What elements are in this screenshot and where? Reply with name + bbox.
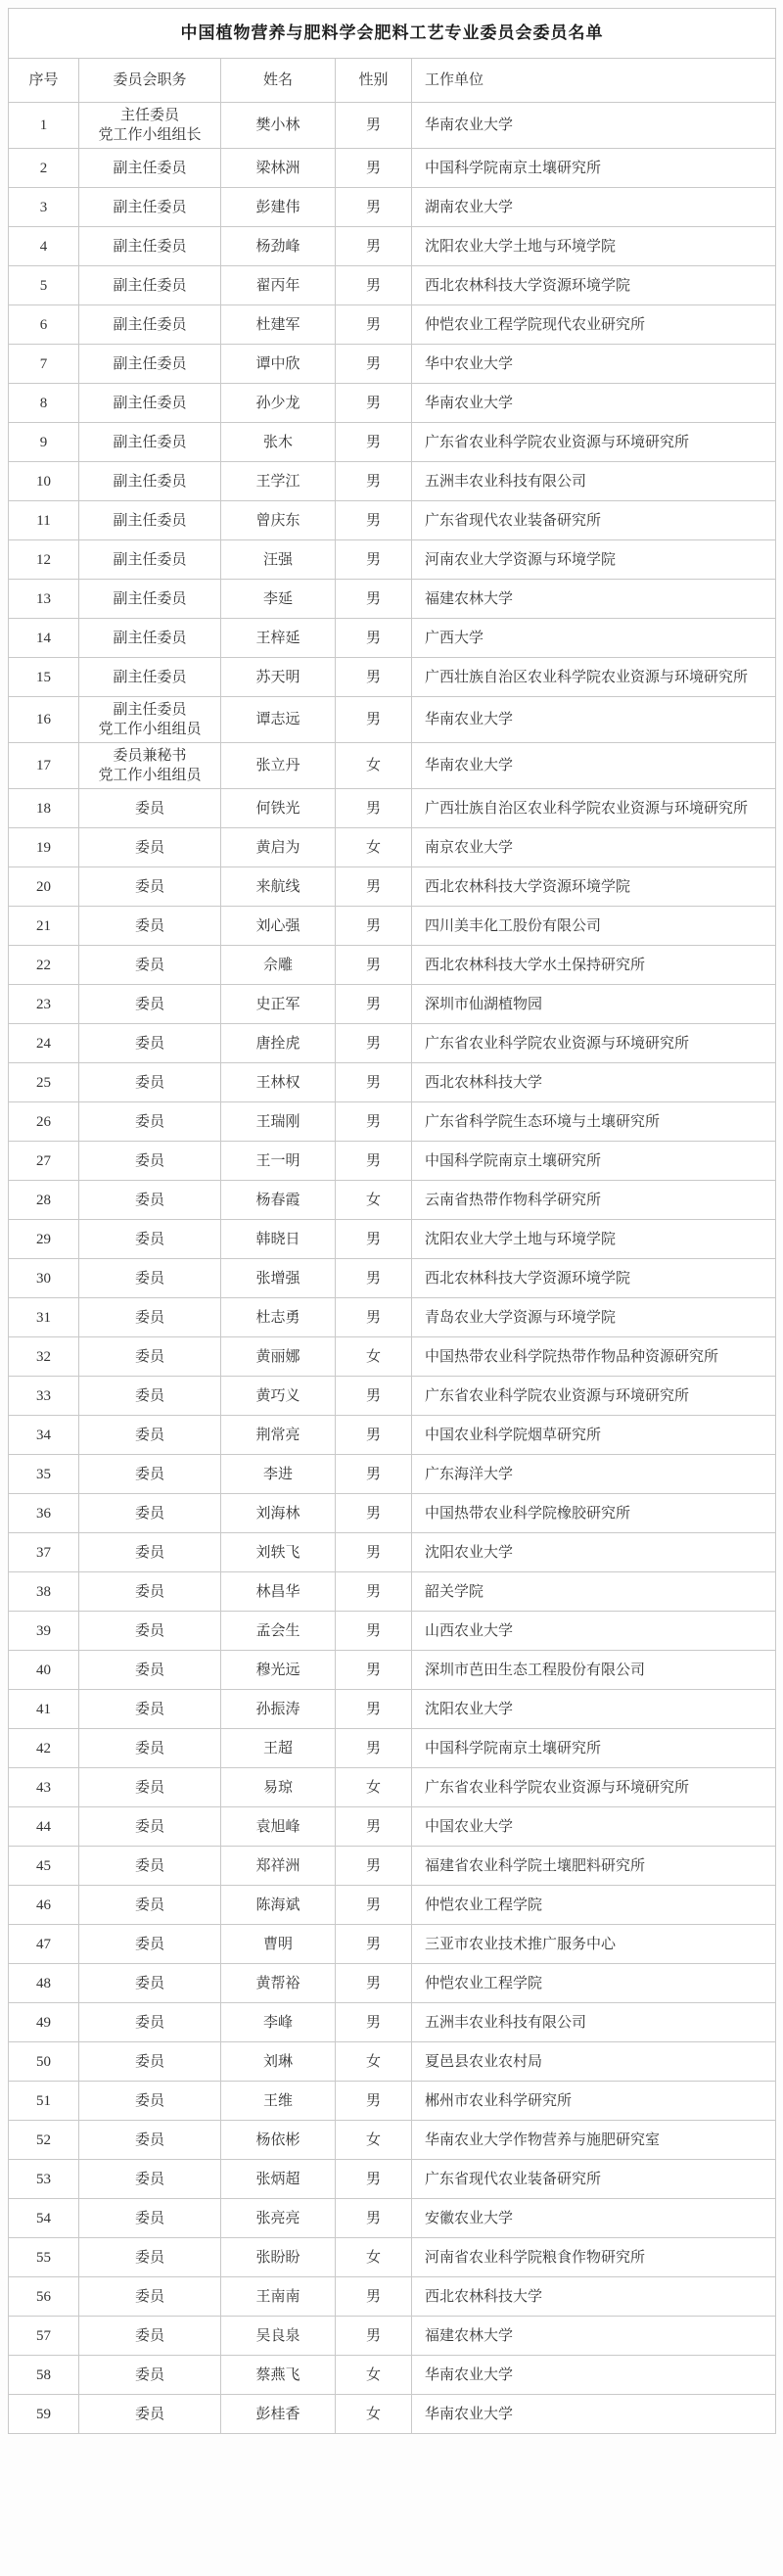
cell-no: 25 (9, 1063, 79, 1102)
table-row: 50 委员 刘琳 女 夏邑县农业农村局 (9, 2042, 776, 2082)
cell-position: 副主任委员 (79, 619, 221, 658)
col-header-unit: 工作单位 (412, 59, 776, 103)
cell-gender: 男 (336, 188, 412, 227)
cell-name: 樊小林 (221, 103, 336, 149)
cell-position: 委员 (79, 1690, 221, 1729)
cell-no: 36 (9, 1494, 79, 1533)
cell-position: 委员 (79, 2042, 221, 2082)
cell-name: 来航线 (221, 867, 336, 907)
cell-position: 委员 (79, 1847, 221, 1886)
cell-position: 委员 (79, 2277, 221, 2317)
cell-name: 王学江 (221, 462, 336, 501)
cell-name: 黄巧义 (221, 1377, 336, 1416)
cell-unit: 南京农业大学 (412, 828, 776, 867)
cell-unit: 广东省农业科学院农业资源与环境研究所 (412, 1768, 776, 1807)
cell-position: 委员 (79, 1886, 221, 1925)
cell-no: 37 (9, 1533, 79, 1572)
cell-no: 11 (9, 501, 79, 540)
cell-no: 15 (9, 658, 79, 697)
cell-position: 副主任委员 (79, 423, 221, 462)
cell-unit: 广东省农业科学院农业资源与环境研究所 (412, 1377, 776, 1416)
cell-position: 副主任委员 (79, 149, 221, 188)
cell-gender: 男 (336, 1298, 412, 1337)
table-row: 55 委员 张盼盼 女 河南省农业科学院粮食作物研究所 (9, 2238, 776, 2277)
table-row: 13 副主任委员 李延 男 福建农林大学 (9, 580, 776, 619)
cell-name: 孙振涛 (221, 1690, 336, 1729)
cell-gender: 男 (336, 2277, 412, 2317)
cell-no: 5 (9, 266, 79, 305)
cell-name: 黄启为 (221, 828, 336, 867)
cell-unit: 中国农业大学 (412, 1807, 776, 1847)
cell-name: 王一明 (221, 1142, 336, 1181)
cell-position: 副主任委员 (79, 540, 221, 580)
cell-name: 唐拴虎 (221, 1024, 336, 1063)
table-row: 33 委员 黄巧义 男 广东省农业科学院农业资源与环境研究所 (9, 1377, 776, 1416)
table-row: 26 委员 王瑞刚 男 广东省科学院生态环境与土壤研究所 (9, 1102, 776, 1142)
table-row: 25 委员 王林权 男 西北农林科技大学 (9, 1063, 776, 1102)
cell-name: 苏天明 (221, 658, 336, 697)
col-header-no: 序号 (9, 59, 79, 103)
cell-gender: 男 (336, 697, 412, 743)
table-row: 43 委员 易琼 女 广东省农业科学院农业资源与环境研究所 (9, 1768, 776, 1807)
cell-name: 张盼盼 (221, 2238, 336, 2277)
cell-unit: 广西大学 (412, 619, 776, 658)
cell-unit: 中国科学院南京土壤研究所 (412, 1142, 776, 1181)
cell-name: 李延 (221, 580, 336, 619)
cell-position: 委员 (79, 1259, 221, 1298)
cell-name: 孟会生 (221, 1612, 336, 1651)
cell-position: 委员 (79, 1142, 221, 1181)
col-header-gender: 性别 (336, 59, 412, 103)
cell-no: 52 (9, 2121, 79, 2160)
cell-gender: 男 (336, 2082, 412, 2121)
members-table: 中国植物营养与肥料学会肥料工艺专业委员会委员名单 序号 委员会职务 姓名 性别 … (8, 8, 776, 2434)
cell-unit: 中国热带农业科学院橡胶研究所 (412, 1494, 776, 1533)
table-row: 22 委员 佘雕 男 西北农林科技大学水土保持研究所 (9, 946, 776, 985)
cell-no: 14 (9, 619, 79, 658)
cell-unit: 广东省农业科学院农业资源与环境研究所 (412, 1024, 776, 1063)
cell-name: 佘雕 (221, 946, 336, 985)
table-row: 48 委员 黄帮裕 男 仲恺农业工程学院 (9, 1964, 776, 2003)
cell-no: 41 (9, 1690, 79, 1729)
cell-unit: 华南农业大学 (412, 697, 776, 743)
cell-gender: 女 (336, 1181, 412, 1220)
cell-name: 张炳超 (221, 2160, 336, 2199)
table-row: 42 委员 王超 男 中国科学院南京土壤研究所 (9, 1729, 776, 1768)
cell-name: 曹明 (221, 1925, 336, 1964)
cell-gender: 男 (336, 946, 412, 985)
cell-name: 张立丹 (221, 743, 336, 789)
table-row: 9 副主任委员 张木 男 广东省农业科学院农业资源与环境研究所 (9, 423, 776, 462)
table-row: 31 委员 杜志勇 男 青岛农业大学资源与环境学院 (9, 1298, 776, 1337)
cell-unit: 华南农业大学 (412, 2356, 776, 2395)
cell-unit: 中国科学院南京土壤研究所 (412, 1729, 776, 1768)
cell-name: 黄丽娜 (221, 1337, 336, 1377)
cell-name: 史正军 (221, 985, 336, 1024)
table-row: 19 委员 黄启为 女 南京农业大学 (9, 828, 776, 867)
cell-position: 副主任委员 (79, 658, 221, 697)
cell-position: 委员 (79, 1807, 221, 1847)
cell-position: 主任委员 党工作小组组长 (79, 103, 221, 149)
cell-no: 42 (9, 1729, 79, 1768)
table-row: 12 副主任委员 汪强 男 河南农业大学资源与环境学院 (9, 540, 776, 580)
cell-unit: 沈阳农业大学土地与环境学院 (412, 227, 776, 266)
cell-unit: 广东省农业科学院农业资源与环境研究所 (412, 423, 776, 462)
cell-no: 35 (9, 1455, 79, 1494)
cell-unit: 沈阳农业大学 (412, 1533, 776, 1572)
cell-no: 13 (9, 580, 79, 619)
cell-gender: 男 (336, 1533, 412, 1572)
cell-position: 委员 (79, 1298, 221, 1337)
cell-position: 委员 (79, 1964, 221, 2003)
cell-unit: 安徽农业大学 (412, 2199, 776, 2238)
cell-name: 王维 (221, 2082, 336, 2121)
cell-position: 委员 (79, 1572, 221, 1612)
cell-name: 刘轶飞 (221, 1533, 336, 1572)
cell-gender: 女 (336, 2121, 412, 2160)
cell-gender: 男 (336, 1377, 412, 1416)
table-row: 41 委员 孙振涛 男 沈阳农业大学 (9, 1690, 776, 1729)
cell-no: 17 (9, 743, 79, 789)
cell-unit: 广东省现代农业装备研究所 (412, 501, 776, 540)
table-row: 52 委员 杨依彬 女 华南农业大学作物营养与施肥研究室 (9, 2121, 776, 2160)
cell-name: 李峰 (221, 2003, 336, 2042)
cell-name: 谭志远 (221, 697, 336, 743)
cell-gender: 女 (336, 1768, 412, 1807)
cell-unit: 郴州市农业科学研究所 (412, 2082, 776, 2121)
cell-gender: 男 (336, 580, 412, 619)
cell-unit: 西北农林科技大学 (412, 2277, 776, 2317)
cell-position: 委员 (79, 1063, 221, 1102)
cell-no: 34 (9, 1416, 79, 1455)
table-row: 14 副主任委员 王梓延 男 广西大学 (9, 619, 776, 658)
cell-gender: 男 (336, 1572, 412, 1612)
cell-position: 委员 (79, 2082, 221, 2121)
cell-no: 38 (9, 1572, 79, 1612)
cell-name: 杨依彬 (221, 2121, 336, 2160)
cell-name: 曾庆东 (221, 501, 336, 540)
cell-position: 委员 (79, 1416, 221, 1455)
cell-unit: 中国农业科学院烟草研究所 (412, 1416, 776, 1455)
cell-gender: 男 (336, 1455, 412, 1494)
cell-position: 委员 (79, 867, 221, 907)
cell-gender: 女 (336, 828, 412, 867)
cell-no: 48 (9, 1964, 79, 2003)
table-row: 1 主任委员 党工作小组组长 樊小林 男 华南农业大学 (9, 103, 776, 149)
cell-no: 39 (9, 1612, 79, 1651)
cell-position: 副主任委员 (79, 345, 221, 384)
cell-name: 袁旭峰 (221, 1807, 336, 1847)
table-row: 34 委员 荆常亮 男 中国农业科学院烟草研究所 (9, 1416, 776, 1455)
cell-position: 委员 (79, 985, 221, 1024)
cell-name: 郑祥洲 (221, 1847, 336, 1886)
table-row: 6 副主任委员 杜建军 男 仲恺农业工程学院现代农业研究所 (9, 305, 776, 345)
cell-no: 43 (9, 1768, 79, 1807)
cell-no: 40 (9, 1651, 79, 1690)
cell-unit: 西北农林科技大学资源环境学院 (412, 1259, 776, 1298)
cell-name: 汪强 (221, 540, 336, 580)
cell-name: 杜建军 (221, 305, 336, 345)
table-row: 45 委员 郑祥洲 男 福建省农业科学院土壤肥料研究所 (9, 1847, 776, 1886)
cell-unit: 中国热带农业科学院热带作物品种资源研究所 (412, 1337, 776, 1377)
table-row: 57 委员 吴良泉 男 福建农林大学 (9, 2317, 776, 2356)
cell-gender: 男 (336, 266, 412, 305)
table-row: 8 副主任委员 孙少龙 男 华南农业大学 (9, 384, 776, 423)
cell-unit: 福建农林大学 (412, 2317, 776, 2356)
cell-position: 委员 (79, 1612, 221, 1651)
cell-no: 1 (9, 103, 79, 149)
cell-no: 33 (9, 1377, 79, 1416)
cell-no: 56 (9, 2277, 79, 2317)
cell-gender: 男 (336, 305, 412, 345)
cell-position: 委员 (79, 2395, 221, 2434)
cell-name: 杜志勇 (221, 1298, 336, 1337)
cell-no: 23 (9, 985, 79, 1024)
cell-name: 荆常亮 (221, 1416, 336, 1455)
cell-unit: 沈阳农业大学土地与环境学院 (412, 1220, 776, 1259)
cell-gender: 男 (336, 345, 412, 384)
cell-no: 9 (9, 423, 79, 462)
cell-position: 副主任委员 (79, 501, 221, 540)
cell-no: 4 (9, 227, 79, 266)
cell-no: 31 (9, 1298, 79, 1337)
table-row: 56 委员 王南南 男 西北农林科技大学 (9, 2277, 776, 2317)
cell-gender: 男 (336, 501, 412, 540)
cell-no: 58 (9, 2356, 79, 2395)
page: 中国植物营养与肥料学会肥料工艺专业委员会委员名单 序号 委员会职务 姓名 性别 … (0, 0, 783, 2442)
cell-no: 32 (9, 1337, 79, 1377)
cell-position: 委员 (79, 1102, 221, 1142)
cell-no: 18 (9, 789, 79, 828)
cell-no: 3 (9, 188, 79, 227)
cell-gender: 男 (336, 619, 412, 658)
cell-position: 委员 (79, 2160, 221, 2199)
cell-gender: 男 (336, 227, 412, 266)
cell-unit: 西北农林科技大学资源环境学院 (412, 867, 776, 907)
cell-gender: 男 (336, 462, 412, 501)
cell-gender: 男 (336, 867, 412, 907)
cell-gender: 男 (336, 2199, 412, 2238)
cell-gender: 男 (336, 1612, 412, 1651)
cell-position: 委员 (79, 1651, 221, 1690)
cell-unit: 仲恺农业工程学院 (412, 1964, 776, 2003)
table-row: 17 委员兼秘书 党工作小组组员 张立丹 女 华南农业大学 (9, 743, 776, 789)
cell-unit: 五洲丰农业科技有限公司 (412, 2003, 776, 2042)
col-header-position: 委员会职务 (79, 59, 221, 103)
cell-no: 45 (9, 1847, 79, 1886)
cell-no: 20 (9, 867, 79, 907)
table-row: 51 委员 王维 男 郴州市农业科学研究所 (9, 2082, 776, 2121)
cell-position: 副主任委员 (79, 580, 221, 619)
cell-no: 59 (9, 2395, 79, 2434)
cell-unit: 深圳市芭田生态工程股份有限公司 (412, 1651, 776, 1690)
cell-gender: 男 (336, 103, 412, 149)
cell-gender: 男 (336, 1024, 412, 1063)
title-row: 中国植物营养与肥料学会肥料工艺专业委员会委员名单 (9, 9, 776, 59)
cell-name: 翟丙年 (221, 266, 336, 305)
cell-no: 12 (9, 540, 79, 580)
cell-unit: 西北农林科技大学水土保持研究所 (412, 946, 776, 985)
cell-gender: 男 (336, 1690, 412, 1729)
cell-unit: 河南农业大学资源与环境学院 (412, 540, 776, 580)
table-row: 49 委员 李峰 男 五洲丰农业科技有限公司 (9, 2003, 776, 2042)
table-row: 38 委员 林昌华 男 韶关学院 (9, 1572, 776, 1612)
cell-position: 委员 (79, 1024, 221, 1063)
cell-unit: 华南农业大学 (412, 103, 776, 149)
cell-name: 刘海林 (221, 1494, 336, 1533)
cell-unit: 深圳市仙湖植物园 (412, 985, 776, 1024)
cell-position: 委员 (79, 2003, 221, 2042)
cell-name: 王林权 (221, 1063, 336, 1102)
table-row: 37 委员 刘轶飞 男 沈阳农业大学 (9, 1533, 776, 1572)
cell-position: 委员 (79, 1729, 221, 1768)
cell-no: 44 (9, 1807, 79, 1847)
cell-position: 副主任委员 (79, 188, 221, 227)
cell-unit: 韶关学院 (412, 1572, 776, 1612)
cell-gender: 男 (336, 1063, 412, 1102)
page-title: 中国植物营养与肥料学会肥料工艺专业委员会委员名单 (9, 9, 776, 59)
cell-unit: 云南省热带作物科学研究所 (412, 1181, 776, 1220)
cell-gender: 男 (336, 1729, 412, 1768)
cell-name: 谭中欣 (221, 345, 336, 384)
cell-position: 委员 (79, 1768, 221, 1807)
table-row: 36 委员 刘海林 男 中国热带农业科学院橡胶研究所 (9, 1494, 776, 1533)
table-row: 4 副主任委员 杨劲峰 男 沈阳农业大学土地与环境学院 (9, 227, 776, 266)
cell-unit: 青岛农业大学资源与环境学院 (412, 1298, 776, 1337)
cell-no: 53 (9, 2160, 79, 2199)
cell-name: 彭桂香 (221, 2395, 336, 2434)
cell-no: 19 (9, 828, 79, 867)
cell-name: 张亮亮 (221, 2199, 336, 2238)
cell-gender: 男 (336, 907, 412, 946)
cell-unit: 五洲丰农业科技有限公司 (412, 462, 776, 501)
cell-name: 张木 (221, 423, 336, 462)
cell-gender: 女 (336, 2395, 412, 2434)
cell-unit: 湖南农业大学 (412, 188, 776, 227)
table-row: 47 委员 曹明 男 三亚市农业技术推广服务中心 (9, 1925, 776, 1964)
cell-no: 6 (9, 305, 79, 345)
cell-position: 委员兼秘书 党工作小组组员 (79, 743, 221, 789)
cell-gender: 男 (336, 384, 412, 423)
table-row: 53 委员 张炳超 男 广东省现代农业装备研究所 (9, 2160, 776, 2199)
table-row: 7 副主任委员 谭中欣 男 华中农业大学 (9, 345, 776, 384)
cell-position: 副主任委员 (79, 462, 221, 501)
cell-gender: 女 (336, 2238, 412, 2277)
cell-unit: 河南省农业科学院粮食作物研究所 (412, 2238, 776, 2277)
cell-gender: 男 (336, 1494, 412, 1533)
cell-no: 30 (9, 1259, 79, 1298)
cell-name: 林昌华 (221, 1572, 336, 1612)
table-row: 16 副主任委员 党工作小组组员 谭志远 男 华南农业大学 (9, 697, 776, 743)
cell-unit: 华南农业大学 (412, 384, 776, 423)
cell-position: 副主任委员 (79, 384, 221, 423)
table-row: 10 副主任委员 王学江 男 五洲丰农业科技有限公司 (9, 462, 776, 501)
cell-position: 委员 (79, 1377, 221, 1416)
cell-no: 51 (9, 2082, 79, 2121)
cell-gender: 女 (336, 743, 412, 789)
cell-name: 张增强 (221, 1259, 336, 1298)
col-header-name: 姓名 (221, 59, 336, 103)
cell-unit: 福建省农业科学院土壤肥料研究所 (412, 1847, 776, 1886)
cell-unit: 中国科学院南京土壤研究所 (412, 149, 776, 188)
cell-name: 杨劲峰 (221, 227, 336, 266)
cell-position: 委员 (79, 1494, 221, 1533)
table-row: 20 委员 来航线 男 西北农林科技大学资源环境学院 (9, 867, 776, 907)
cell-name: 黄帮裕 (221, 1964, 336, 2003)
cell-position: 委员 (79, 1455, 221, 1494)
cell-name: 刘心强 (221, 907, 336, 946)
cell-position: 副主任委员 (79, 266, 221, 305)
cell-unit: 仲恺农业工程学院 (412, 1886, 776, 1925)
cell-unit: 福建农林大学 (412, 580, 776, 619)
cell-unit: 沈阳农业大学 (412, 1690, 776, 1729)
cell-no: 7 (9, 345, 79, 384)
cell-no: 28 (9, 1181, 79, 1220)
table-row: 58 委员 蔡燕飞 女 华南农业大学 (9, 2356, 776, 2395)
cell-gender: 男 (336, 1925, 412, 1964)
cell-gender: 男 (336, 540, 412, 580)
cell-no: 54 (9, 2199, 79, 2238)
table-row: 46 委员 陈海斌 男 仲恺农业工程学院 (9, 1886, 776, 1925)
table-row: 15 副主任委员 苏天明 男 广西壮族自治区农业科学院农业资源与环境研究所 (9, 658, 776, 697)
cell-no: 10 (9, 462, 79, 501)
cell-gender: 男 (336, 1964, 412, 2003)
cell-position: 副主任委员 (79, 305, 221, 345)
cell-unit: 广西壮族自治区农业科学院农业资源与环境研究所 (412, 658, 776, 697)
cell-position: 委员 (79, 1220, 221, 1259)
cell-no: 27 (9, 1142, 79, 1181)
cell-gender: 女 (336, 1337, 412, 1377)
cell-gender: 男 (336, 1102, 412, 1142)
cell-position: 副主任委员 党工作小组组员 (79, 697, 221, 743)
cell-name: 蔡燕飞 (221, 2356, 336, 2395)
cell-unit: 广西壮族自治区农业科学院农业资源与环境研究所 (412, 789, 776, 828)
table-row: 28 委员 杨春霞 女 云南省热带作物科学研究所 (9, 1181, 776, 1220)
table-row: 44 委员 袁旭峰 男 中国农业大学 (9, 1807, 776, 1847)
cell-position: 委员 (79, 2317, 221, 2356)
table-row: 29 委员 韩晓日 男 沈阳农业大学土地与环境学院 (9, 1220, 776, 1259)
cell-position: 委员 (79, 1181, 221, 1220)
cell-gender: 男 (336, 658, 412, 697)
cell-gender: 男 (336, 1886, 412, 1925)
cell-no: 16 (9, 697, 79, 743)
cell-no: 2 (9, 149, 79, 188)
table-row: 35 委员 李进 男 广东海洋大学 (9, 1455, 776, 1494)
cell-unit: 西北农林科技大学 (412, 1063, 776, 1102)
cell-gender: 男 (336, 149, 412, 188)
cell-no: 49 (9, 2003, 79, 2042)
cell-gender: 男 (336, 1651, 412, 1690)
table-row: 54 委员 张亮亮 男 安徽农业大学 (9, 2199, 776, 2238)
cell-unit: 广东省现代农业装备研究所 (412, 2160, 776, 2199)
cell-name: 梁林洲 (221, 149, 336, 188)
table-row: 24 委员 唐拴虎 男 广东省农业科学院农业资源与环境研究所 (9, 1024, 776, 1063)
cell-gender: 男 (336, 1220, 412, 1259)
cell-unit: 三亚市农业技术推广服务中心 (412, 1925, 776, 1964)
cell-unit: 华中农业大学 (412, 345, 776, 384)
cell-unit: 华南农业大学 (412, 2395, 776, 2434)
cell-name: 刘琳 (221, 2042, 336, 2082)
cell-gender: 男 (336, 423, 412, 462)
cell-gender: 男 (336, 1142, 412, 1181)
cell-gender: 男 (336, 1416, 412, 1455)
table-row: 11 副主任委员 曾庆东 男 广东省现代农业装备研究所 (9, 501, 776, 540)
cell-position: 委员 (79, 2199, 221, 2238)
cell-no: 24 (9, 1024, 79, 1063)
cell-position: 委员 (79, 2238, 221, 2277)
cell-unit: 西北农林科技大学资源环境学院 (412, 266, 776, 305)
cell-gender: 男 (336, 1847, 412, 1886)
